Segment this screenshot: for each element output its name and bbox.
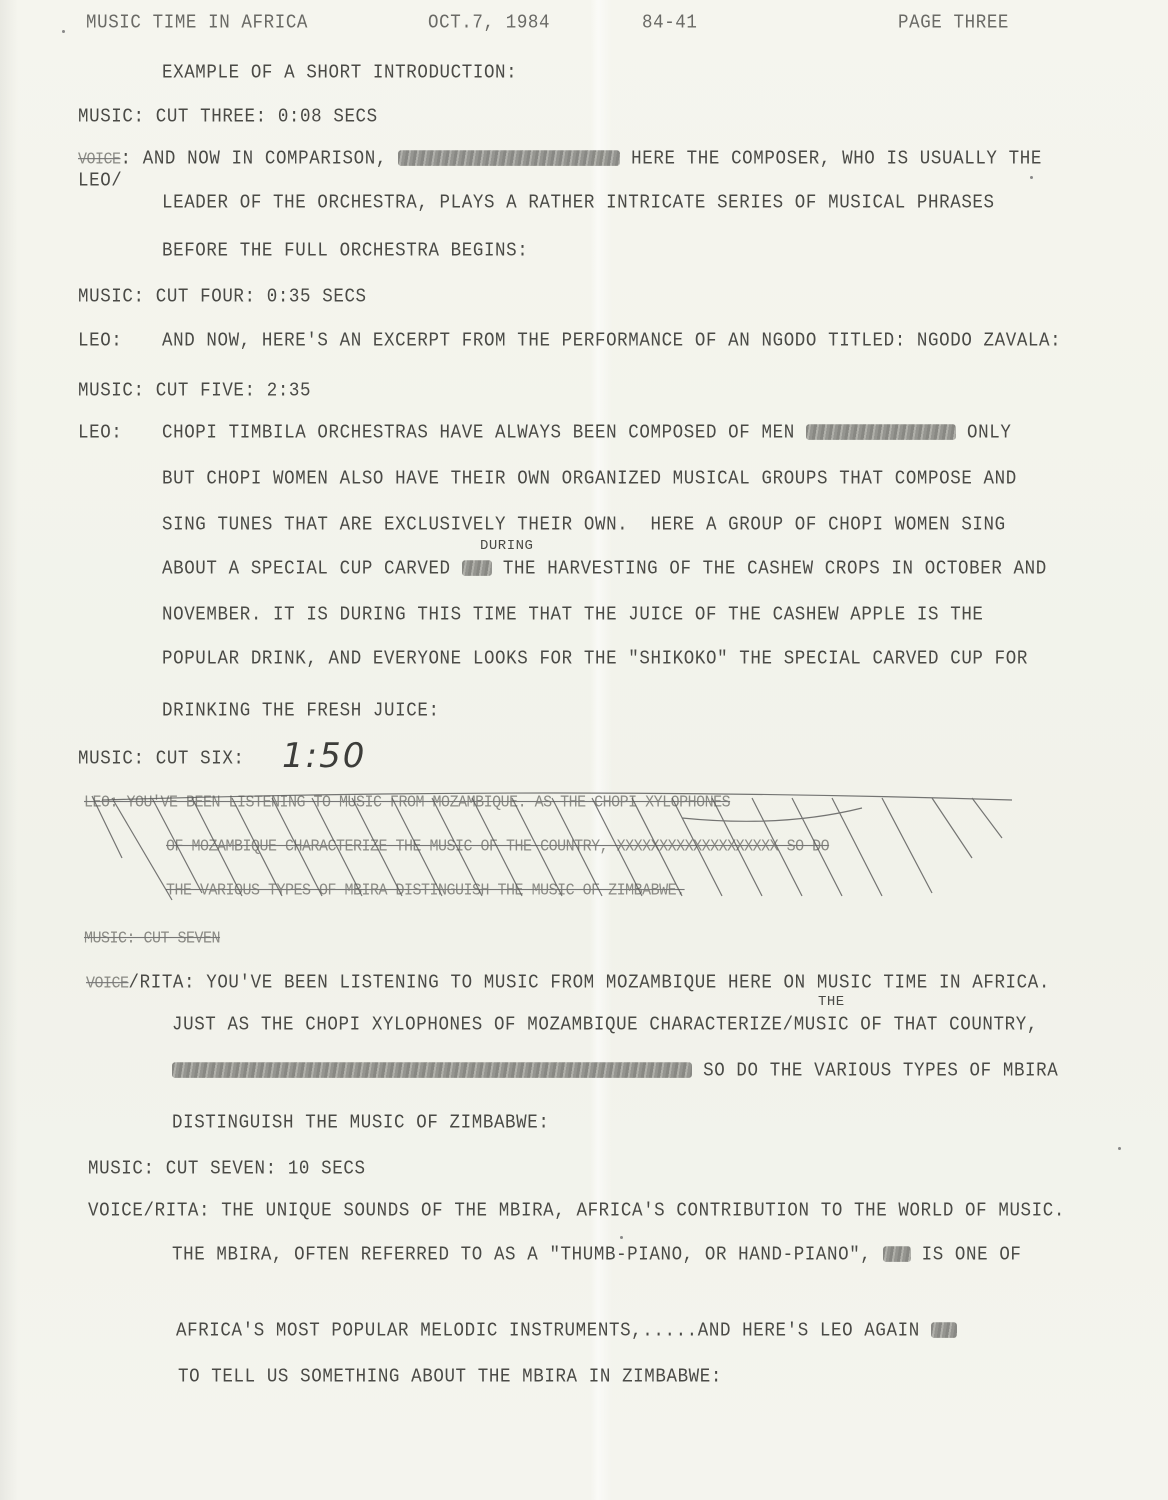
struck-block-line-1: LEO: YOU'VE BEEN LISTENING TO MUSIC FROM… xyxy=(84,792,730,814)
rita2-line-3: AFRICA'S MOST POPULAR MELODIC INSTRUMENT… xyxy=(176,1320,957,1342)
struck-music-cue: MUSIC: CUT SEVEN xyxy=(84,928,220,950)
intro-heading: EXAMPLE OF A SHORT INTRODUCTION: xyxy=(162,62,517,84)
redacted-text xyxy=(806,425,956,441)
leo-p4-part-a: ABOUT A SPECIAL CUP CARVED xyxy=(162,558,462,580)
leo-p4-part-b: THE HARVESTING OF THE CASHEW CROPS IN OC… xyxy=(492,558,1047,580)
voice-line-1-part-a: : AND NOW IN COMPARISON, xyxy=(121,148,399,170)
leo-p1-part-b: ONLY xyxy=(956,422,1012,444)
struck-speaker-label: VOICE xyxy=(86,974,129,993)
paper-speck xyxy=(1118,1147,1121,1150)
leo-p1-part-a: CHOPI TIMBILA ORCHESTRAS HAVE ALWAYS BEE… xyxy=(162,422,806,444)
voice-line-1-part-b: HERE THE COMPOSER, WHO IS USUALLY THE xyxy=(620,148,1042,170)
leo-paragraph-line-7: DRINKING THE FRESH JUICE: xyxy=(162,700,440,722)
leo-paragraph-line-2: BUT CHOPI WOMEN ALSO HAVE THEIR OWN ORGA… xyxy=(162,468,1017,490)
leo-paragraph-line-6: POPULAR DRINK, AND EVERYONE LOOKS FOR TH… xyxy=(162,648,1028,670)
rita2-line-1: VOICE/RITA: THE UNIQUE SOUNDS OF THE MBI… xyxy=(88,1200,1065,1222)
paper-speck xyxy=(62,30,65,33)
voice-line-1: VOICE: AND NOW IN COMPARISON, HERE THE C… xyxy=(78,148,1042,172)
rita2-line-2-part-b: IS ONE OF xyxy=(911,1244,1022,1266)
music-cue-cut-seven: MUSIC: CUT SEVEN: 10 SECS xyxy=(88,1158,366,1180)
rita-line-2: JUST AS THE CHOPI XYLOPHONES OF MOZAMBIQ… xyxy=(172,1014,1038,1036)
header-date: OCT.7, 1984 xyxy=(428,12,550,34)
redacted-text xyxy=(398,151,620,167)
header-page: PAGE THREE xyxy=(898,12,1009,34)
leo-paragraph-line-4: ABOUT A SPECIAL CUP CARVED THE HARVESTIN… xyxy=(162,558,1047,580)
rita-line-4: DISTINGUISH THE MUSIC OF ZIMBABWE: xyxy=(172,1112,549,1134)
paper-speck xyxy=(1030,176,1033,179)
rita-line-1-text: /RITA: YOU'VE BEEN LISTENING TO MUSIC FR… xyxy=(129,972,1050,994)
speaker-label-leo: LEO: xyxy=(78,330,122,352)
redacted-text xyxy=(883,1247,911,1263)
leo-paragraph-line-3: SING TUNES THAT ARE EXCLUSIVELY THEIR OW… xyxy=(162,514,1006,536)
music-cue-cut-six: MUSIC: CUT SIX: xyxy=(78,748,256,770)
rita-line-1: VOICE/RITA: YOU'VE BEEN LISTENING TO MUS… xyxy=(86,972,1050,996)
struck-block-line-2: OF MOZAMBIQUE CHARACTERIZE THE MUSIC OF … xyxy=(166,836,829,858)
rita-line-3-text: SO DO THE VARIOUS TYPES OF MBIRA xyxy=(692,1060,1058,1082)
leo-paragraph-line-1: CHOPI TIMBILA ORCHESTRAS HAVE ALWAYS BEE… xyxy=(162,422,1011,444)
redacted-text xyxy=(172,1063,692,1079)
struck-text xyxy=(462,561,492,577)
rita2-line-2-part-a: THE MBIRA, OFTEN REFERRED TO AS A "THUMB… xyxy=(172,1244,883,1266)
music-cue-cut-three: MUSIC: CUT THREE: 0:08 SECS xyxy=(78,106,378,128)
music-cue-cut-five: MUSIC: CUT FIVE: 2:35 xyxy=(78,380,311,402)
voice-line-2: LEADER OF THE ORCHESTRA, PLAYS A RATHER … xyxy=(162,192,995,214)
leo-line-1: AND NOW, HERE'S AN EXCERPT FROM THE PERF… xyxy=(162,330,1061,352)
rita-line-3: SO DO THE VARIOUS TYPES OF MBIRA xyxy=(172,1060,1058,1082)
rita2-line-3-text: AFRICA'S MOST POPULAR MELODIC INSTRUMENT… xyxy=(176,1320,931,1342)
handwritten-duration: 1:50 xyxy=(282,736,366,776)
the-insert: THE xyxy=(818,994,845,1010)
paper-speck xyxy=(620,1236,623,1239)
redacted-text xyxy=(931,1323,957,1339)
speaker-label-leo-2: LEO: xyxy=(78,422,122,444)
voice-line-3: BEFORE THE FULL ORCHESTRA BEGINS: xyxy=(162,240,528,262)
struck-speaker-label: VOICE xyxy=(78,150,121,169)
rita2-line-2: THE MBIRA, OFTEN REFERRED TO AS A "THUMB… xyxy=(172,1244,1022,1266)
music-cue-cut-four: MUSIC: CUT FOUR: 0:35 SECS xyxy=(78,286,367,308)
header-program: MUSIC TIME IN AFRICA xyxy=(86,12,308,34)
leo-insert: LEO/ xyxy=(78,170,122,192)
during-insert: DURING xyxy=(480,538,533,554)
struck-block-line-3: THE VARIOUS TYPES OF MBIRA DISTINGUISH T… xyxy=(166,880,685,902)
header-code: 84-41 xyxy=(642,12,698,34)
rita2-line-4: TO TELL US SOMETHING ABOUT THE MBIRA IN … xyxy=(178,1366,722,1388)
leo-paragraph-line-5: NOVEMBER. IT IS DURING THIS TIME THAT TH… xyxy=(162,604,984,626)
